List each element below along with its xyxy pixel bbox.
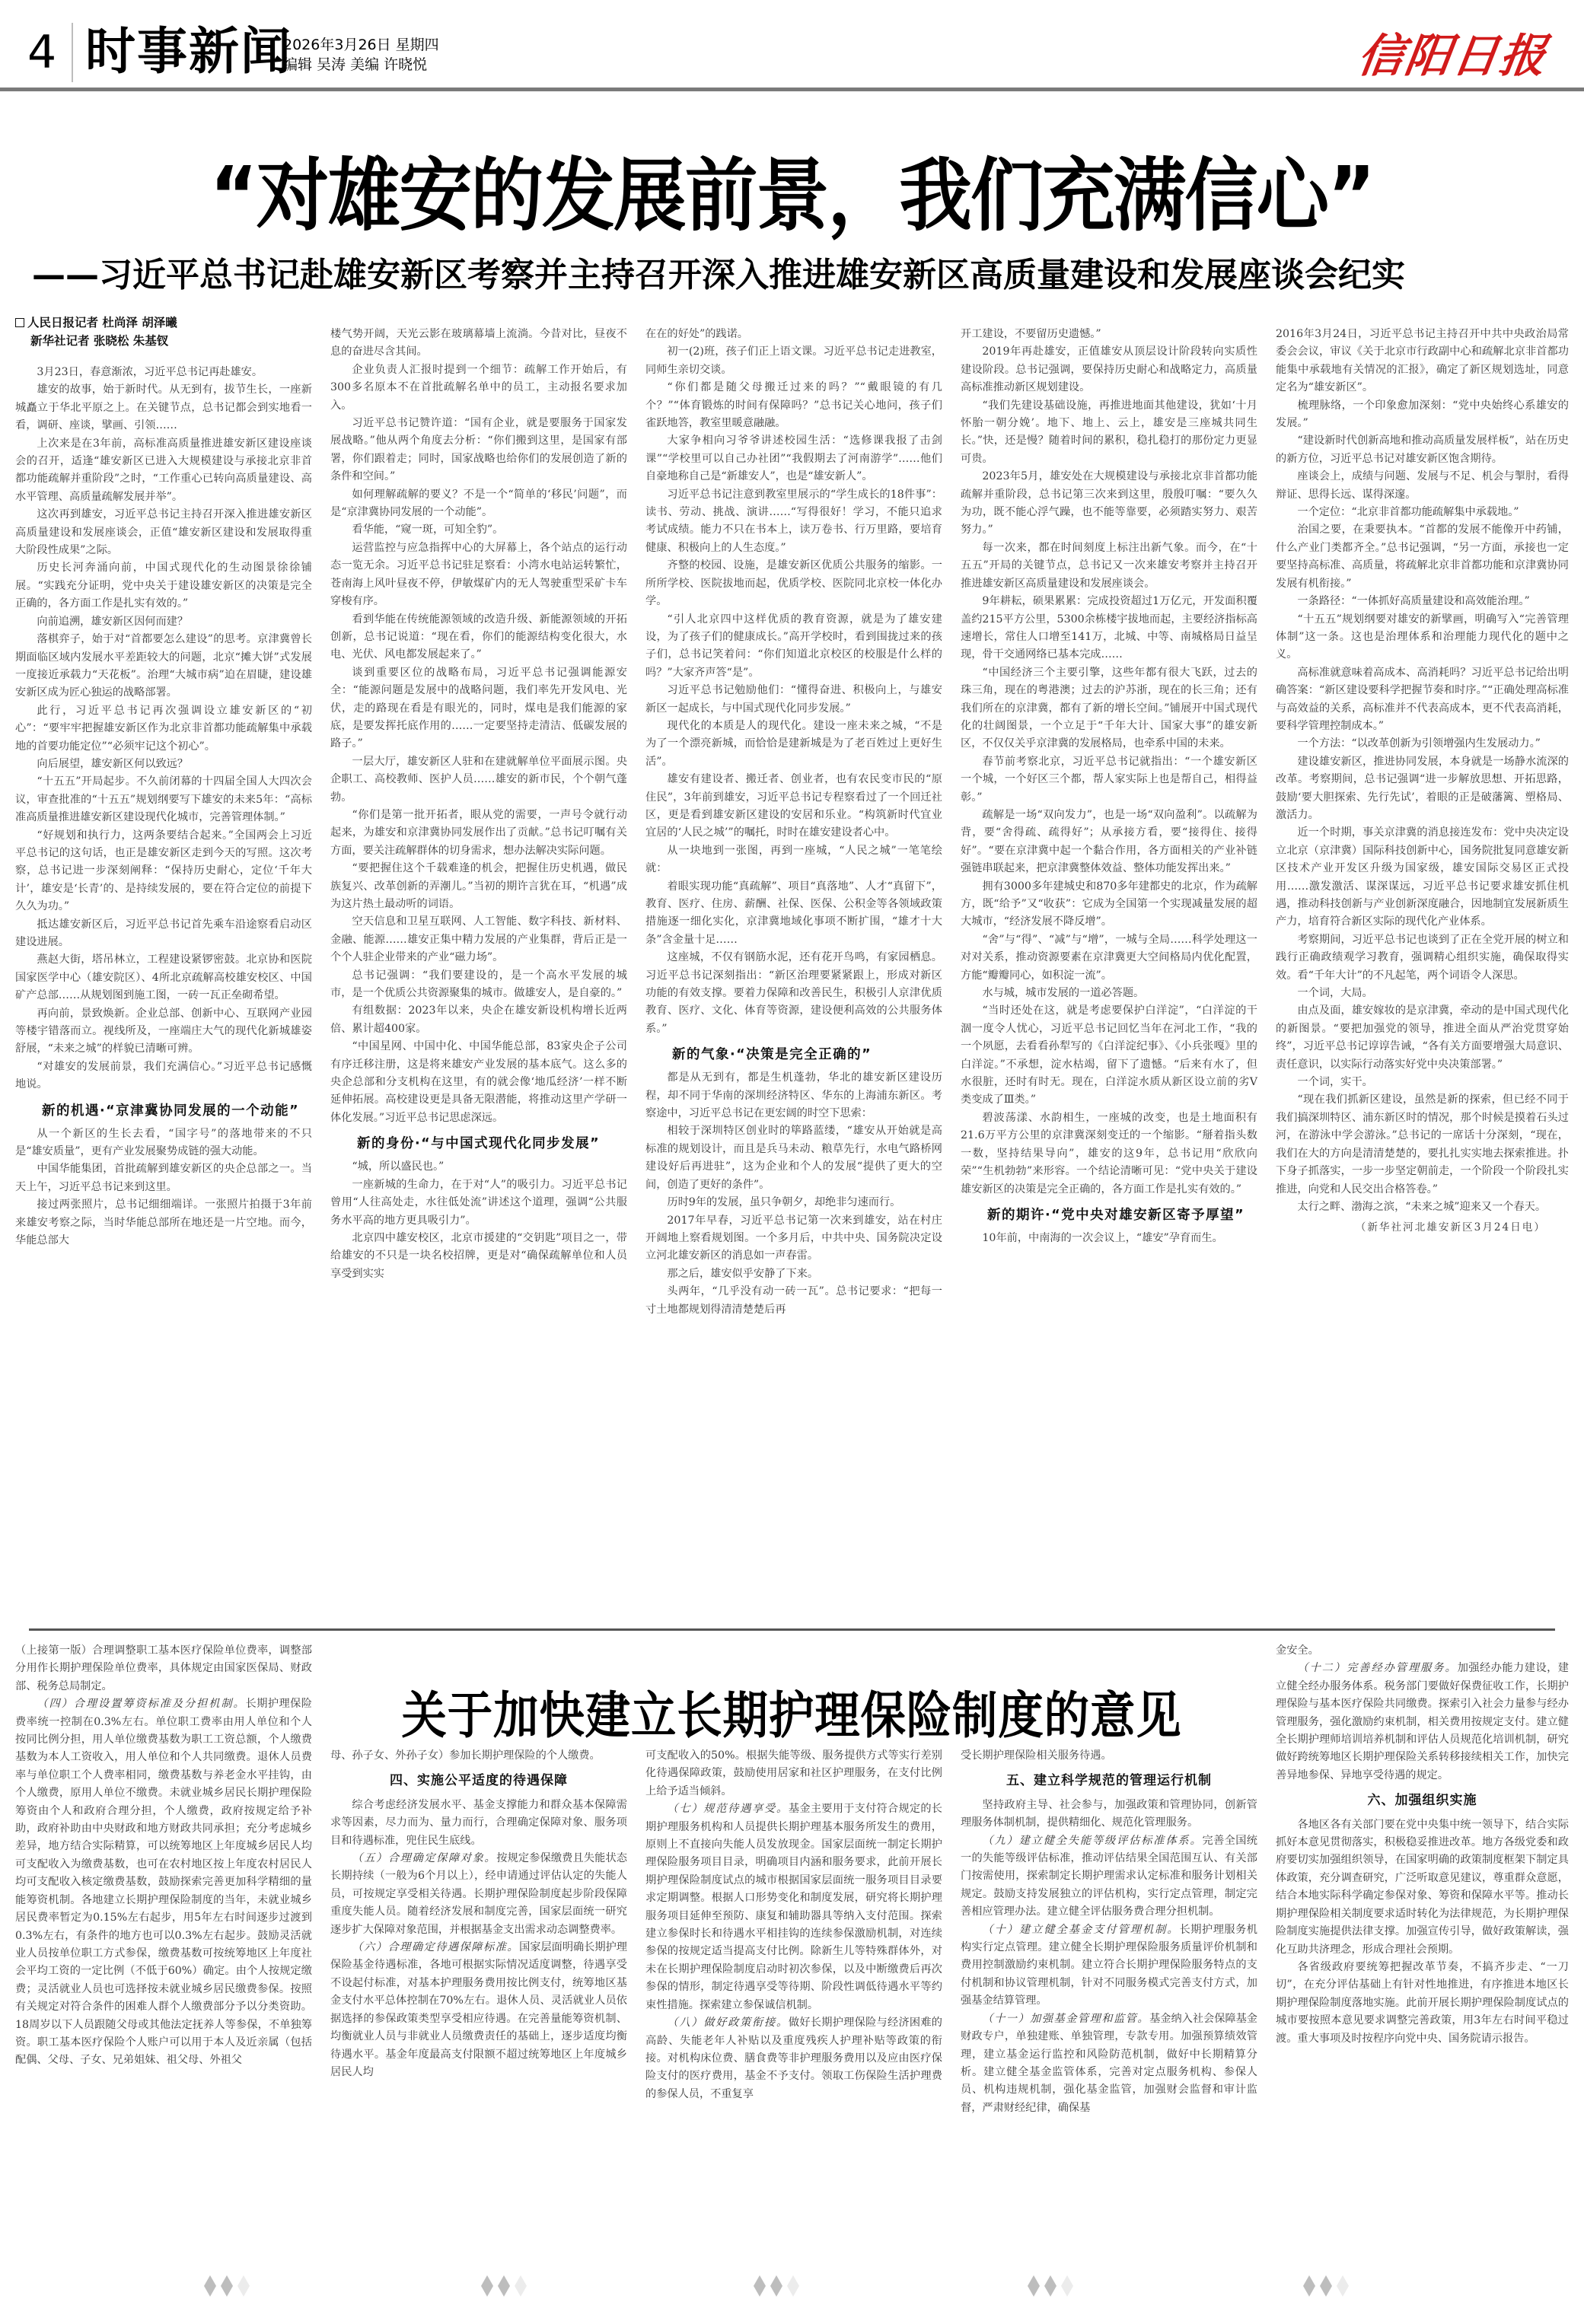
paragraph: 一个词，大局。 [1276, 985, 1569, 1002]
paragraph: 谈到重要区位的战略布局，习近平总书记强调能源安全：“能源问题是发展中的战略问题，… [330, 664, 627, 753]
byline: 人民日报记者 杜尚泽 胡泽曦 新华社记者 张晓松 朱基钗 [15, 314, 312, 350]
paragraph: “当时还处在这，就是考虑要保护白洋淀”，“白洋淀的干涸一度令人忧心，习近平总书记… [961, 1002, 1257, 1109]
paragraph: 治国之要，在秉要执本。“首都的发展不能像开中药铺，什么产业门类都齐全。”总书记强… [1276, 521, 1569, 593]
clause-text: 受长期护理保险相关服务待遇。 [961, 1749, 1112, 1762]
paragraph: 疏解是一场“双向发力”，也是一场“双向盈利”。以疏解为背，要“舍得疏、疏得好”；… [961, 807, 1257, 878]
clause-text: 综合考虑经济发展水平、基金支撑能力和群众基本保障需求等因素，尽力而为、量力而行，… [330, 1799, 627, 1847]
clause-label: （四）合理设置筹资标准及分担机制。 [37, 1698, 245, 1710]
policy-paragraph: （五）合理确定保障对象。按规定参保缴费且失能状态长期持续（一般为6个月以上），经… [330, 1850, 627, 1939]
policy-paragraph: （四）合理设置筹资标准及分担机制。长期护理保险费率统一控制在0.3%左右。单位职… [15, 1695, 312, 2070]
policy-column-2: 母、孙子女、外孙子女）参加长期护理保险的个人缴费。四、实施公平适度的待遇保障综合… [330, 1747, 627, 2081]
ornament-diamonds-icon [1303, 2275, 1349, 2297]
paragraph: 看到华能在传统能源领域的改造升级、新能源领域的开拓创新，总书记说道：“现在看，你… [330, 611, 627, 664]
paragraph: 历史长河奔涌向前，中国式现代化的生动图景徐徐铺展。“实践充分证明，党中央关于建设… [15, 559, 312, 613]
paragraph: 大家争相向习爷爷讲述校园生活：“选修课我报了击剑课”“学校里可以自己办社团”“我… [645, 432, 942, 485]
lead-column-5: 2016年3月24日，习近平总书记主持召开中共中央政治局常委会会议，审议《关于北… [1276, 326, 1569, 1237]
diamond-icon [1320, 2275, 1332, 2297]
paragraph: “中国星网、中国中化、中国华能总部，83家央企子公司有序迁移注册，这是将来雄安产… [330, 1038, 627, 1127]
paragraph: “要把握住这个千载难逢的机会，把握住历史机遇，做民族复兴、改革创新的弄潮儿。”当… [330, 860, 627, 913]
policy-column-5: 金安全。（十二）完善经办管理服务。加强经办能力建设，建立健全经办服务体系。税务部… [1276, 1642, 1569, 2048]
diamond-icon [1337, 2275, 1349, 2297]
policy-paragraph: （十一）加强基金管理和监管。基金纳入社会保障基金财政专户，单独建账、单独管理，专… [961, 2010, 1257, 2117]
paragraph: 此行，习近平总书记再次强调设立雄安新区的“初心”：“要牢牢把握雄安新区作为北京非… [15, 702, 312, 756]
lead-subheadline: ——习近平总书记赴雄安新区考察并主持召开深入推进雄安新区高质量建设和发展座谈会纪… [32, 255, 1554, 296]
paragraph: 2019年再赴雄安，正值雄安从顶层设计阶段转向实质性建设阶段。总书记强调，要保持… [961, 343, 1257, 396]
paragraph: 看华能，“窥一斑，可知全豹”。 [330, 521, 627, 539]
issue-meta: 2026年3月26日 星期四 编辑 吴涛 美编 许晓悦 [283, 35, 439, 75]
clause-text: 金安全。 [1276, 1644, 1319, 1657]
clause-text: 基金主要用于支付符合规定的长期护理服务机构和人员提供长期护理基本服务所发生的费用… [645, 1803, 942, 2010]
clause-label: （六）合理确定待遇保障标准。 [352, 1941, 519, 1953]
clause-text: 按规定参保缴费且失能状态长期持续（一般为6个月以上），经申请通过评估认定的失能人… [330, 1852, 627, 1936]
diamond-icon [498, 2275, 510, 2297]
section-subhead: 新的气象·“决策是完全正确的” [645, 1046, 942, 1065]
policy-paragraph: 母、孙子女、外孙子女）参加长期护理保险的个人缴费。 [330, 1747, 627, 1765]
diamond-icon [787, 2275, 799, 2297]
paragraph: 从一块地到一张图，再到一座城，“人民之城”一笔笔绘就： [645, 842, 942, 878]
paragraph: “现在我们抓新区建设，虽然是新的探索，但已经不同于我们搞深圳特区、浦东新区时的情… [1276, 1091, 1569, 1198]
policy-paragraph: 各地区各有关部门要在党中央集中统一领导下，结合实际抓好本意见贯彻落实，积极稳妥推… [1276, 1816, 1569, 1959]
paragraph: 初一(2)班，孩子们正上语文课。习近平总书记走进教室，同师生亲切交谈。 [645, 343, 942, 379]
paragraph: 每一次来，都在时间刻度上标注出新气象。而今，在“十五五”开局的关键节点，总书记又… [961, 540, 1257, 593]
policy-section-heading: 四、实施公平适度的待遇保障 [330, 1772, 627, 1790]
paragraph: 在在的好处”的践诺。 [645, 326, 942, 343]
ornament-diamonds-icon [754, 2275, 799, 2297]
paragraph: 从一个新区的生长去看，“国字号”的落地带来的不只是“雄安质量”，更有产业发展聚势… [15, 1125, 312, 1161]
policy-paragraph: （十）建立健全基金支付管理机制。长期护理服务机构实行定点管理。建立健全长期护理保… [961, 1921, 1257, 2010]
clause-text: 坚持政府主导、社会参与，加强政策和管理协同，创新管理服务体制机制，提供精细化、规… [961, 1799, 1257, 1829]
paragraph: 水与城，城市发展的一道必答题。 [961, 985, 1257, 1002]
paragraph: 拥有3000多年建城史和870多年建都史的北京，作为疏解方，既“给予”又“收获”… [961, 878, 1257, 931]
paragraph: 考察期间，习近平总书记也谈到了正在全党开展的树立和践行正确政绩观学习教育，强调精… [1276, 931, 1569, 985]
page-number: 4 [27, 27, 56, 78]
paragraph: 雄安的故事，始于新时代。从无到有，拔节生长，一座新城矗立于华北平原之上。在关键节… [15, 381, 312, 435]
paragraph: 这次再到雄安，习近平总书记主持召开深入推进雄安新区高质量建设和发展座谈会，正值“… [15, 506, 312, 559]
paragraph: “好规划和执行力，这两条要结合起来。”全国两会上习近平总书记的这句话，也正是雄安… [15, 827, 312, 916]
masthead: 4 时事新闻 2026年3月26日 星期四 编辑 吴涛 美编 许晓悦 信阳日报 [0, 0, 1584, 91]
clause-label: （十）建立健全基金支付管理机制。 [982, 1924, 1179, 1936]
paragraph: “对雄安的发展前景，我们充满信心。”习近平总书记感慨地说。 [15, 1059, 312, 1094]
paragraph: 北京四中雄安校区，北京市援建的“交钥匙”项目之一，带给雄安的不只是一块名校招牌，… [330, 1230, 627, 1283]
paragraph: 运营监控与应急指挥中心的大屏幕上，各个站点的运行动态一览无余。习近平总书记驻足察… [330, 540, 627, 611]
paragraph: 这座城，不仅有钢筋水泥，还有花开鸟鸣，有家园栖息。习近平总书记深刻指出：“新区治… [645, 949, 942, 1038]
clause-text: （上接第一版）合理调整职工基本医疗保险单位费率，调整部分用作长期护理保险单位费率… [15, 1644, 312, 1692]
paragraph: 2017年早春，习近平总书记第一次来到雄安，站在村庄开阔地上察看规划图。一个多月… [645, 1212, 942, 1265]
paragraph: 近一个时期，事关京津冀的消息接连发布：党中央决定设立北京（京津冀）国际科技创新中… [1276, 824, 1569, 931]
section-divider [29, 1628, 1555, 1631]
clause-label: （八）做好政策衔接。 [667, 2017, 789, 2029]
issue-editors: 编辑 吴涛 美编 许晓悦 [283, 55, 439, 75]
clause-text: 加强经办能力建设，建立健全经办服务体系。税务部门要做好保费征收工作，长期护理保险… [1276, 1662, 1569, 1781]
policy-paragraph: 可支配收入的50%。根据失能等级、服务提供方式等实行差别化待遇保障政策，鼓励使用… [645, 1747, 942, 1800]
clause-text: 基金纳入社会保障基金财政专户，单独建账、单独管理，专款专用。加强预算绩效管理，建… [961, 2013, 1257, 2114]
policy-column-3: 可支配收入的50%。根据失能等级、服务提供方式等实行差别化待遇保障政策，鼓励使用… [645, 1747, 942, 2103]
clause-text: 长期护理服务机构实行定点管理。建立健全长期护理保险服务质量评价机制和费用控制激励… [961, 1924, 1257, 2007]
paragraph: “你们是第一批开拓者，眼从党的需要，一声号令就行动起来，为雄安和京津冀协同发展作… [330, 807, 627, 860]
section-title: 时事新闻 [85, 23, 292, 81]
diamond-icon [1061, 2275, 1073, 2297]
paragraph: 有组数据：2023年以来，央企在雄安新设机构增长近两倍、累计超400家。 [330, 1002, 627, 1038]
paragraph: 现代化的本质是人的现代化。建设一座未来之城，“不是为了一个漂亮新城，而恰恰是建新… [645, 718, 942, 771]
clause-text: 做好长期护理保险与经济困难的高龄、失能老年人补贴以及重度残疾人护理补贴等政策的衔… [645, 2017, 942, 2100]
paragraph: 抵达雄安新区后，习近平总书记首先乘车沿途察看启动区建设进展。 [15, 916, 312, 952]
paragraph: 习近平总书记注意到教室里展示的“学生成长的18件事”：读书、劳动、挑战、演讲……… [645, 486, 942, 558]
paragraph: 向后展望，雄安新区何以致远？ [15, 756, 312, 773]
issue-date: 2026年3月26日 星期四 [283, 35, 439, 55]
paragraph: 燕赵大街，塔吊林立，工程建设紧锣密鼓。北京协和医院国家医学中心（雄安院区）、4所… [15, 951, 312, 1004]
paragraph: “你们都是随父母搬迁过来的吗？”“戴眼镜的有几个？”“体育锻炼的时间有保障吗？”… [645, 379, 942, 432]
paragraph: 一个方法：“以改革创新为引领增强内生发展动力。” [1276, 735, 1569, 753]
diamond-icon [237, 2275, 250, 2297]
paragraph: 楼气势开阔，天光云影在玻璃幕墙上流淌。今昔对比，昼夜不息的奋进尽含其间。 [330, 326, 627, 361]
diamond-icon [515, 2275, 527, 2297]
paragraph: 由点及面，雄安嫁妆的是京津冀，牵动的是中国式现代化的新图景。“要把加强党的领导，… [1276, 1002, 1569, 1074]
section-subhead: 新的期许·“党中央对雄安新区寄予厚望” [961, 1206, 1257, 1225]
paragraph: 空天信息和卫星互联网、人工智能、数字科技、新材料、金融、能源……雄安正集中精力发… [330, 913, 627, 966]
policy-paragraph: 各省级政府要统筹把握改革节奏，不搞齐步走、“一刀切”，在充分评估基础上有针对性地… [1276, 1959, 1569, 2048]
diamond-icon [754, 2275, 766, 2297]
paragraph: 再向前，景致焕新。企业总部、创新中心、互联网产业园等楼宇错落而立。视线所及，一座… [15, 1005, 312, 1059]
paragraph: 座谈会上，成绩与问题、发展与不足、机会与掣肘，看得辩证、思得长远、谋得深邃。 [1276, 468, 1569, 504]
diamond-icon [204, 2275, 216, 2297]
ornament-diamonds-icon [481, 2275, 527, 2297]
clause-text: 可支配收入的50%。根据失能等级、服务提供方式等实行差别化待遇保障政策，鼓励使用… [645, 1749, 942, 1797]
policy-paragraph: （八）做好政策衔接。做好长期护理保险与经济困难的高龄、失能老年人补贴以及重度残疾… [645, 2014, 942, 2103]
policy-paragraph: （九）建立健全失能等级评估标准体系。完善全国统一的失能等级评估标准，推动评估结果… [961, 1832, 1257, 1921]
policy-paragraph: （七）规范待遇享受。基金主要用于支付符合规定的长期护理服务机构和人员提供长期护理… [645, 1800, 942, 2014]
paragraph: 着眼实现功能“真疏解”、项目“真落地”、人才“真留下”，教育、医疗、住房、薪酬、… [645, 878, 942, 950]
paragraph: 碧波荡漾、水韵相生，一座城的改变，也是土地面积有21.6万平方公里的京津冀深刻变… [961, 1109, 1257, 1199]
lead-column-4: 开工建设，不要留历史遗憾。”2019年再赴雄安，正值雄安从顶层设计阶段转向实质性… [961, 326, 1257, 1247]
diamond-icon [481, 2275, 493, 2297]
paragraph: 一座新城的生命力，在于对“人”的吸引力。习近平总书记曾用“人往高处走，水往低处流… [330, 1176, 627, 1230]
paragraph: 那之后，雄安似乎安静了下来。 [645, 1265, 942, 1283]
policy-paragraph: 金安全。 [1276, 1642, 1569, 1660]
policy-section-heading: 六、加强组织实施 [1276, 1792, 1569, 1810]
diamond-icon [1028, 2275, 1040, 2297]
paragraph: 一层大厅，雄安新区人驻和在建就解单位平面展示图。央企职工、高校教师、医护人员……… [330, 753, 627, 807]
paragraph: 总书记强调：“我们要建设的，是一个高水平发展的城市，是一个优质公共资源聚集的城市… [330, 967, 627, 1003]
paragraph: 太行之畔、渤海之滨，“未来之城”迎来又一个春天。 [1276, 1199, 1569, 1216]
paragraph: 10年前，中南海的一次会议上，“雄安”孕育而生。 [961, 1230, 1257, 1247]
paragraph: 企业负责人汇报时提到一个细节：疏解工作开始后，有300多名原本不在首批疏解名单中… [330, 361, 627, 415]
paragraph: 一个词，实干。 [1276, 1074, 1569, 1091]
policy-paragraph: 综合考虑经济发展水平、基金支撑能力和群众基本保障需求等因素，尽力而为、量力而行，… [330, 1797, 627, 1850]
paragraph: 历时9年的发展，虽只争朝夕，却绝非匀速而行。 [645, 1194, 942, 1211]
paragraph: 如何理解疏解的要义？不是一个“简单的‘移民’问题”，而是“京津冀协同发展的一个动… [330, 486, 627, 522]
clause-text: 完善全国统一的失能等级评估标准，推动评估结果全国范围互认、有关部门按需使用，探索… [961, 1835, 1257, 1918]
paragraph: “城，所以盛民也。” [330, 1158, 627, 1176]
diamond-icon [1303, 2275, 1315, 2297]
policy-paragraph: 受长期护理保险相关服务待遇。 [961, 1747, 1257, 1765]
paragraph: 习近平总书记赞许道：“国有企业，就是要服务于国家发展战略。”他从两个角度去分析：… [330, 415, 627, 486]
clause-label: （五）合理确定保障对象。 [352, 1852, 496, 1864]
paragraph: 雄安有建设者、搬迁者、创业者，也有农民变市民的“原住民”，3年前到雄安，习近平总… [645, 771, 942, 842]
policy-section-heading: 五、建立科学规范的管理运行机制 [961, 1772, 1257, 1790]
clause-text: 母、孙子女、外孙子女）参加长期护理保险的个人缴费。 [330, 1749, 601, 1762]
paragraph: 高标准就意味着高成本、高消耗吗？习近平总书记给出明确答案：“新区建设要科学把握节… [1276, 664, 1569, 736]
paragraph: “建设新时代创新高地和推动高质量发展样板”，站在历史的新方位，习近平总书记对雄安… [1276, 432, 1569, 468]
policy-column-4: 受长期护理保险相关服务待遇。五、建立科学规范的管理运行机制坚持政府主导、社会参与… [961, 1747, 1257, 2117]
paragraph: 3月23日，春意渐浓，习近平总书记再赴雄安。 [15, 364, 312, 381]
policy-paragraph: 坚持政府主导、社会参与，加强政策和管理协同，创新管理服务体制机制，提供精细化、规… [961, 1797, 1257, 1832]
clause-text: 各省级政府要统筹把握改革节奏，不搞齐步走、“一刀切”，在充分评估基础上有针对性地… [1276, 1961, 1569, 2045]
paragraph: 2023年5月，雄安处在大规模建设与承接北京非首都功能疏解并重阶段，总书记第三次… [961, 468, 1257, 540]
dateline: （新华社河北雄安新区3月24日电） [1276, 1219, 1569, 1237]
policy-paragraph: （十二）完善经办管理服务。加强经办能力建设，建立健全经办服务体系。税务部门要做好… [1276, 1660, 1569, 1784]
paragraph: 开工建设，不要留历史遗憾。” [961, 326, 1257, 343]
paragraph: “十五五”开局起步。不久前闭幕的十四届全国人大四次会议，审查批准的“十五五”规划… [15, 773, 312, 826]
paragraph: 9年耕耘，硕果累累：完成投资超过1万亿元，开发面积覆盖约215平方公里，5300… [961, 593, 1257, 664]
policy-document-title: 关于加快建立长期护理保险制度的意见 [381, 1686, 1203, 1746]
lead-headline: “对雄安的发展前景，我们充满信心” [63, 151, 1521, 240]
paragraph: 向前追溯，雄安新区因何而建？ [15, 613, 312, 631]
clause-label: （十一）加强基金管理和监管。 [982, 2013, 1149, 2025]
paragraph: 中国华能集团，首批疏解到雄安新区的央企总部之一。当天上午，习近平总书记来到这里。 [15, 1160, 312, 1196]
paragraph: 春节前考察北京，习近平总书记就指出：“一个雄安新区一个城，一个好区三个都，帮人家… [961, 753, 1257, 807]
lead-column-1: 人民日报记者 杜尚泽 胡泽曦 新华社记者 张晓松 朱基钗 3月23日，春意渐浓，… [15, 314, 312, 1250]
paragraph: 接过两张照片，总书记细细端详。一张照片拍摄于3年前来雄安考察之际，当时华能总部所… [15, 1196, 312, 1250]
clause-label: （七）规范待遇享受。 [667, 1803, 789, 1815]
paragraph: “我们先建设基础设施，再推进地面其他建设，犹如‘十月怀胎一朝分娩’。地下、地上、… [961, 397, 1257, 469]
clause-label: （十二）完善经办管理服务。 [1297, 1662, 1457, 1674]
paragraph: 建设雄安新区，推进协同发展，本身就是一场静水流深的改革。考察期间，总书记强调“进… [1276, 753, 1569, 825]
clause-text: 国家层面明确长期护理保险基金待遇标准，各地可根据实际情况适度调整，待遇享受不设起… [330, 1941, 627, 2078]
lead-column-3: 在在的好处”的践诺。初一(2)班，孩子们正上语文课。习近平总书记走进教室，同师生… [645, 326, 942, 1319]
paragraph: 一条路径：“一体抓好高质量建设和高效能治理。” [1276, 593, 1569, 610]
paragraph: 都是从无到有，都是生机蓬勃，华北的雄安新区建设历程，却不同于华南的深圳经济特区、… [645, 1069, 942, 1122]
newspaper-logo: 信阳日报 [1354, 20, 1552, 85]
clause-text: 各地区各有关部门要在党中央集中统一领导下，结合实际抓好本意见贯彻落实，积极稳妥推… [1276, 1819, 1569, 1956]
paragraph: 梳理脉络，一个印象愈加深刻：“党中央始终心系雄安的发展。” [1276, 397, 1569, 433]
paragraph: “中国经济三个主要引擎，这些年都有很大飞跃，过去的珠三角，现在的粤港澳；过去的沪… [961, 664, 1257, 753]
ornament-diamonds-icon [1028, 2275, 1073, 2297]
footer-ornaments [0, 2275, 1584, 2306]
masthead-divider [72, 23, 73, 82]
paragraph: 落棋弈子，始于对“首都要怎么建设”的思考。京津冀曾长期面临区域内发展水平差距较大… [15, 631, 312, 702]
paragraph: 齐整的校园、设施，是雄安新区优质公共服务的缩影。一所所学校、医院拔地而起，优质学… [645, 557, 942, 610]
clause-text: 长期护理保险费率统一控制在0.3%左右。单位职工费率由用人单位和个人按同比例分担… [15, 1698, 312, 2066]
byline-box-icon [15, 318, 24, 327]
lead-column-2: 楼气势开阔，天光云影在玻璃幕墙上流淌。今昔对比，昼夜不息的奋进尽含其间。企业负责… [330, 326, 627, 1283]
diamond-icon [1044, 2275, 1057, 2297]
diamond-icon [221, 2275, 233, 2297]
masthead-rule [0, 88, 1584, 91]
paragraph: “十五五”规划纲要对雄安的新擘画，明确写入“完善管理体制”这一条。这也是治理体系… [1276, 611, 1569, 664]
clause-label: （九）建立健全失能等级评估标准体系。 [982, 1835, 1202, 1847]
paragraph: 上次来是在3年前，高标准高质量推进雄安新区建设座谈会的召开，适逢“雄安新区已进入… [15, 435, 312, 507]
paragraph: 一个定位：“北京非首都功能疏解集中承载地。” [1276, 504, 1569, 521]
policy-column-1: （上接第一版）合理调整职工基本医疗保险单位费率，调整部分用作长期护理保险单位费率… [15, 1642, 312, 2070]
section-subhead: 新的机遇·“京津冀协同发展的一个动能” [15, 1102, 312, 1121]
policy-paragraph: （上接第一版）合理调整职工基本医疗保险单位费率，调整部分用作长期护理保险单位费率… [15, 1642, 312, 1695]
ornament-diamonds-icon [204, 2275, 250, 2297]
diamond-icon [770, 2275, 782, 2297]
paragraph: 相较于深圳特区创业时的筚路蓝缕，“雄安从开始就是高标准的规划设计，而且是兵马未动… [645, 1122, 942, 1194]
paragraph: “引人北京四中这样优质的教育资源，就是为了雄安建设，为了孩子们的健康成长。”高开… [645, 611, 942, 683]
paragraph: 2016年3月24日，习近平总书记主持召开中共中央政治局常委会会议，审议《关于北… [1276, 326, 1569, 397]
section-subhead: 新的身份·“与中国式现代化同步发展” [330, 1135, 627, 1154]
paragraph: 习近平总书记勉励他们：“懂得奋进、积极向上，与雄安新区一起成长，与中国式现代化同… [645, 682, 942, 718]
paragraph: “舍”与“得”、“减”与“增”，一城与全局……科学处理这一对对关系，推动资源要素… [961, 931, 1257, 985]
paragraph: 头两年，“几乎没有动一砖一瓦”。总书记要求：“把每一寸土地都规划得清清楚楚后再 [645, 1283, 942, 1319]
policy-paragraph: （六）合理确定待遇保障标准。国家层面明确长期护理保险基金待遇标准，各地可根据实际… [330, 1939, 627, 2081]
